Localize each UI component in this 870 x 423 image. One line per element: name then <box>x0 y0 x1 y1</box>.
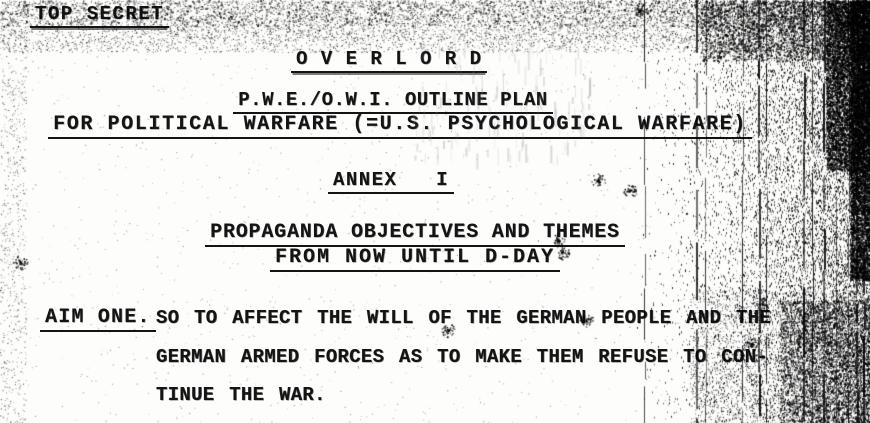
aim-one-text-line2: GERMAN ARMED FORCES AS TO MAKE THEM REFU… <box>156 346 768 368</box>
classification-text: TOP SECRET <box>30 3 169 28</box>
operation-codename-heading: O V E R L O R D <box>0 48 824 73</box>
scanned-document-page: TOP SECRET O V E R L O R D P.W.E./O.W.I.… <box>0 0 870 423</box>
classification-stamp: TOP SECRET <box>30 3 169 28</box>
section-heading-line1: PROPAGANDA OBJECTIVES AND THEMES <box>0 221 850 247</box>
aim-one-text-line3: TINUE THE WAR. <box>156 384 326 406</box>
plan-title-line2: FOR POLITICAL WARFARE (=U.S. PSYCHOLOGIC… <box>0 113 835 139</box>
section-heading-line2: FROM NOW UNTIL D-DAY <box>0 246 850 272</box>
annex-heading: ANNEX I <box>0 169 826 194</box>
aim-one-label: AIM ONE. <box>40 306 156 332</box>
plan-title-line1: P.W.E./O.W.I. OUTLINE PLAN <box>0 89 828 114</box>
aim-one-text-line1: SO TO AFFECT THE WILL OF THE GERMAN PEOP… <box>156 307 771 329</box>
